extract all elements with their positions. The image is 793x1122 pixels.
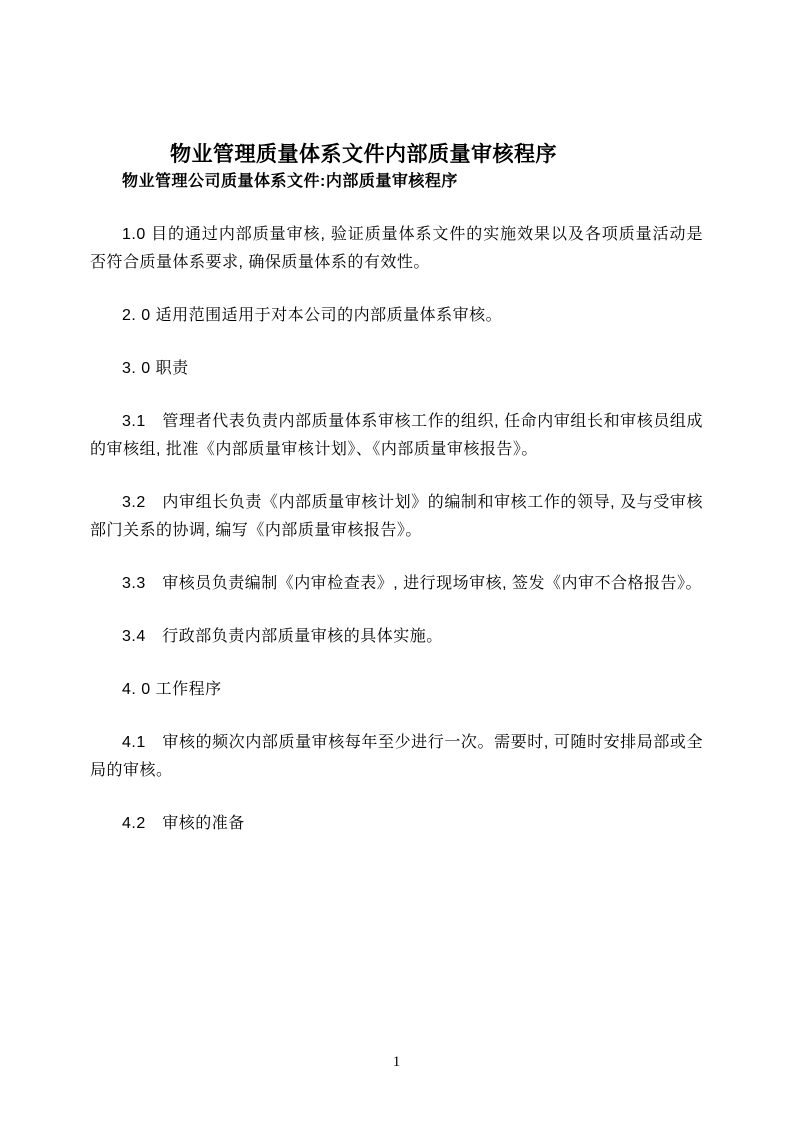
paragraph-responsibility-3-4: 3.4 行政部负责内部质量审核的具体实施。 [90,623,703,651]
document-title: 物业管理质量体系文件内部质量审核程序 [57,142,670,168]
document-page: 物业管理质量体系文件内部质量审核程序 物业管理公司质量体系文件:内部质量审核程序… [0,0,793,1122]
paragraph-scope: 2. 0 适用范围适用于对本公司的内部质量体系审核。 [90,302,703,330]
page-footer: 1 [0,1053,793,1072]
paragraph-audit-frequency-4-1: 4.1 审核的频次内部质量审核每年至少进行一次。需要时, 可随时安排局部或全局的… [90,729,703,785]
page-number: 1 [393,1054,401,1070]
paragraph-responsibility-3-2: 3.2 内审组长负责《内部质量审核计划》的编制和审核工作的领导, 及与受审核部门… [90,489,703,545]
paragraph-audit-preparation-4-2: 4.2 审核的准备 [90,810,703,838]
paragraph-responsibilities-heading: 3. 0 职责 [90,355,703,383]
document-subheader: 物业管理公司质量体系文件:内部质量审核程序 [90,168,703,196]
paragraph-work-procedure-heading: 4. 0 工作程序 [90,676,703,704]
paragraph-responsibility-3-1: 3.1 管理者代表负责内部质量体系审核工作的组织, 任命内审组长和审核员组成的审… [90,408,703,464]
paragraph-purpose: 1.0 目的通过内部质量审核, 验证质量体系文件的实施效果以及各项质量活动是否符… [90,221,703,277]
paragraph-responsibility-3-3: 3.3 审核员负责编制《内审检查表》, 进行现场审核, 签发《内审不合格报告》。 [90,570,703,598]
